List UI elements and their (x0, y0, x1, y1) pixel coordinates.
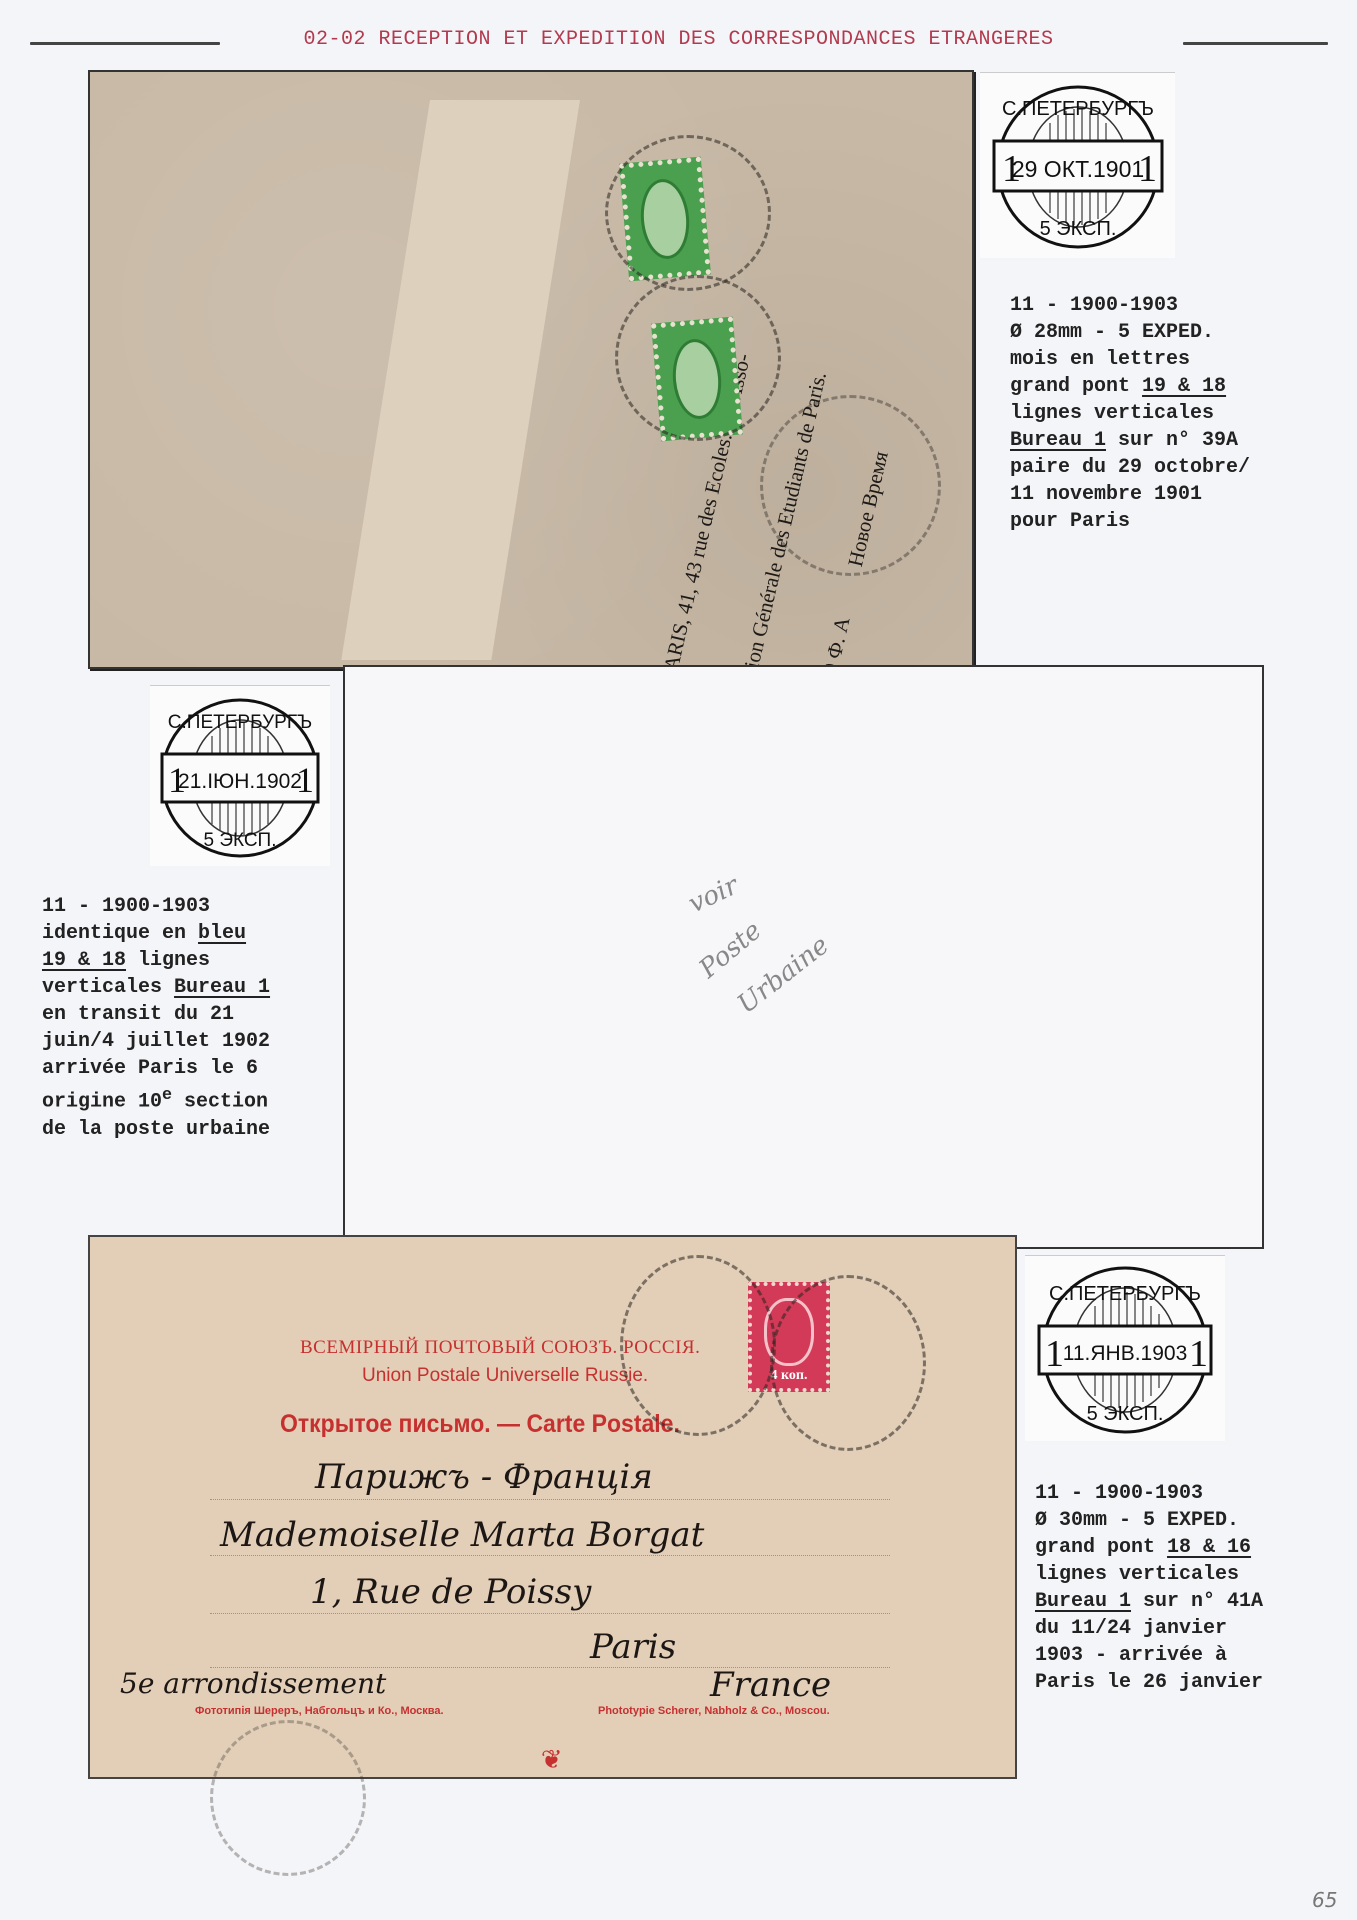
address-line-3: 1, Rue de Poissy (310, 1572, 591, 1612)
note-line: paire du 29 octobre/ (1010, 454, 1250, 481)
svg-text:1: 1 (1045, 1333, 1064, 1375)
note-line: Ø 30mm - 5 EXPED. (1035, 1507, 1263, 1534)
note-line: 11 - 1900-1903 (42, 893, 270, 920)
note-1901: 11 - 1900-1903Ø 28mm - 5 EXPED.mois en l… (1010, 292, 1250, 535)
note-line: verticales Bureau 1 (42, 974, 270, 1001)
page-title: 02-02 RECEPTION ET EXPEDITION DES CORRES… (0, 28, 1357, 51)
cancel-postmark-card-1 (620, 1255, 776, 1436)
note-line: mois en lettres (1010, 346, 1250, 373)
note-line: juin/4 juillet 1902 (42, 1028, 270, 1055)
note-line: origine 10e section (42, 1082, 270, 1116)
cancel-postmark-2 (615, 275, 781, 441)
card-header-french: Union Postale Universelle Russie. (362, 1365, 648, 1387)
note-line: du 11/24 janvier (1035, 1615, 1263, 1642)
svg-text:29 ОКТ.1901: 29 ОКТ.1901 (1012, 156, 1144, 182)
svg-text:С.ПЕТЕРБУРГЪ: С.ПЕТЕРБУРГЪ (1049, 1283, 1201, 1305)
svg-text:5 ЭКСП.: 5 ЭКСП. (203, 830, 276, 851)
printer-credit-french: Phototypie Scherer, Nabholz & Co., Mosco… (598, 1705, 830, 1717)
note-line: Paris le 26 janvier (1035, 1669, 1263, 1696)
postmark-1903-icon: С.ПЕТЕРБУРГЪ 1 11.ЯНВ.1903 1 5 ЭКСП. (1025, 1256, 1225, 1441)
note-line: 11 - 1900-1903 (1035, 1480, 1263, 1507)
address-line-2: Mademoiselle Marta Borgat (220, 1515, 704, 1555)
address-line-4: Paris (590, 1627, 676, 1667)
postmark-1902-icon: С.ПЕТЕРБУРГЪ 1 21.ІЮН.1902 1 5 ЭКСП. (150, 686, 330, 866)
svg-text:1: 1 (296, 760, 314, 800)
imperial-eagle-icon: ❦ (532, 1740, 570, 1780)
cancel-postmark-3 (760, 395, 941, 576)
note-line: de la poste urbaine (42, 1116, 270, 1143)
note-line: en transit du 21 (42, 1001, 270, 1028)
note-line: identique en bleu (42, 920, 270, 947)
note-line: lignes verticales (1035, 1561, 1263, 1588)
svg-text:С.ПЕТЕРБУРГЪ: С.ПЕТЕРБУРГЪ (168, 712, 312, 733)
address-line-1: Парижъ - Франція (315, 1457, 653, 1497)
printer-credit-russian: Фототипія Шереръ, Набгольцъ и Ко., Москв… (195, 1705, 444, 1717)
postmark-1901-icon: С.ПЕТЕРБУРГЪ 1 29 ОКТ.1901 1 5 ЭКСП. (980, 73, 1175, 258)
address-line-6: France (710, 1665, 831, 1705)
address-dotted-line-2 (210, 1555, 890, 1556)
header-rule-right (1183, 42, 1328, 45)
note-1903: 11 - 1900-1903Ø 30mm - 5 EXPED.grand pon… (1035, 1480, 1263, 1696)
note-line: grand pont 19 & 18 (1010, 373, 1250, 400)
svg-text:21.ІЮН.1902: 21.ІЮН.1902 (178, 770, 302, 793)
postmark-illustration-1901: С.ПЕТЕРБУРГЪ 1 29 ОКТ.1901 1 5 ЭКСП. (980, 72, 1175, 258)
svg-text:1: 1 (1138, 148, 1157, 190)
note-line: Bureau 1 sur n° 41A (1035, 1588, 1263, 1615)
page-number: 65 (1312, 1888, 1337, 1912)
svg-text:5 ЭКСП.: 5 ЭКСП. (1040, 218, 1117, 240)
address-dotted-line-1 (210, 1499, 890, 1500)
note-line: lignes verticales (1010, 400, 1250, 427)
note-line: Bureau 1 sur n° 39A (1010, 427, 1250, 454)
cancel-postmark-1 (605, 135, 771, 291)
card-title: Открытое письмо. — Carte Postale. (280, 1410, 680, 1439)
address-dotted-line-3 (210, 1613, 890, 1614)
svg-text:11.ЯНВ.1903: 11.ЯНВ.1903 (1063, 1342, 1188, 1365)
postmark-illustration-1903: С.ПЕТЕРБУРГЪ 1 11.ЯНВ.1903 1 5 ЭКСП. (1025, 1255, 1225, 1441)
note-line: 19 & 18 lignes (42, 947, 270, 974)
postmark-illustration-1902: С.ПЕТЕРБУРГЪ 1 21.ІЮН.1902 1 5 ЭКСП. (150, 685, 330, 866)
svg-text:С.ПЕТЕРБУРГЪ: С.ПЕТЕРБУРГЪ (1002, 98, 1154, 120)
address-line-5: 5e arrondissement (120, 1667, 386, 1700)
note-line: 11 - 1900-1903 (1010, 292, 1250, 319)
arrival-postmark-paris (210, 1720, 366, 1876)
note-line: grand pont 18 & 16 (1035, 1534, 1263, 1561)
svg-text:5 ЭКСП.: 5 ЭКСП. (1087, 1403, 1164, 1425)
note-line: 11 novembre 1901 (1010, 481, 1250, 508)
note-line: arrivée Paris le 6 (42, 1055, 270, 1082)
note-line: 1903 - arrivée à (1035, 1642, 1263, 1669)
note-1902: 11 - 1900-1903identique en bleu19 & 18 l… (42, 893, 270, 1143)
cancel-postmark-card-2 (770, 1275, 926, 1451)
svg-text:1: 1 (1189, 1333, 1208, 1375)
note-line: Ø 28mm - 5 EXPED. (1010, 319, 1250, 346)
note-line: pour Paris (1010, 508, 1250, 535)
